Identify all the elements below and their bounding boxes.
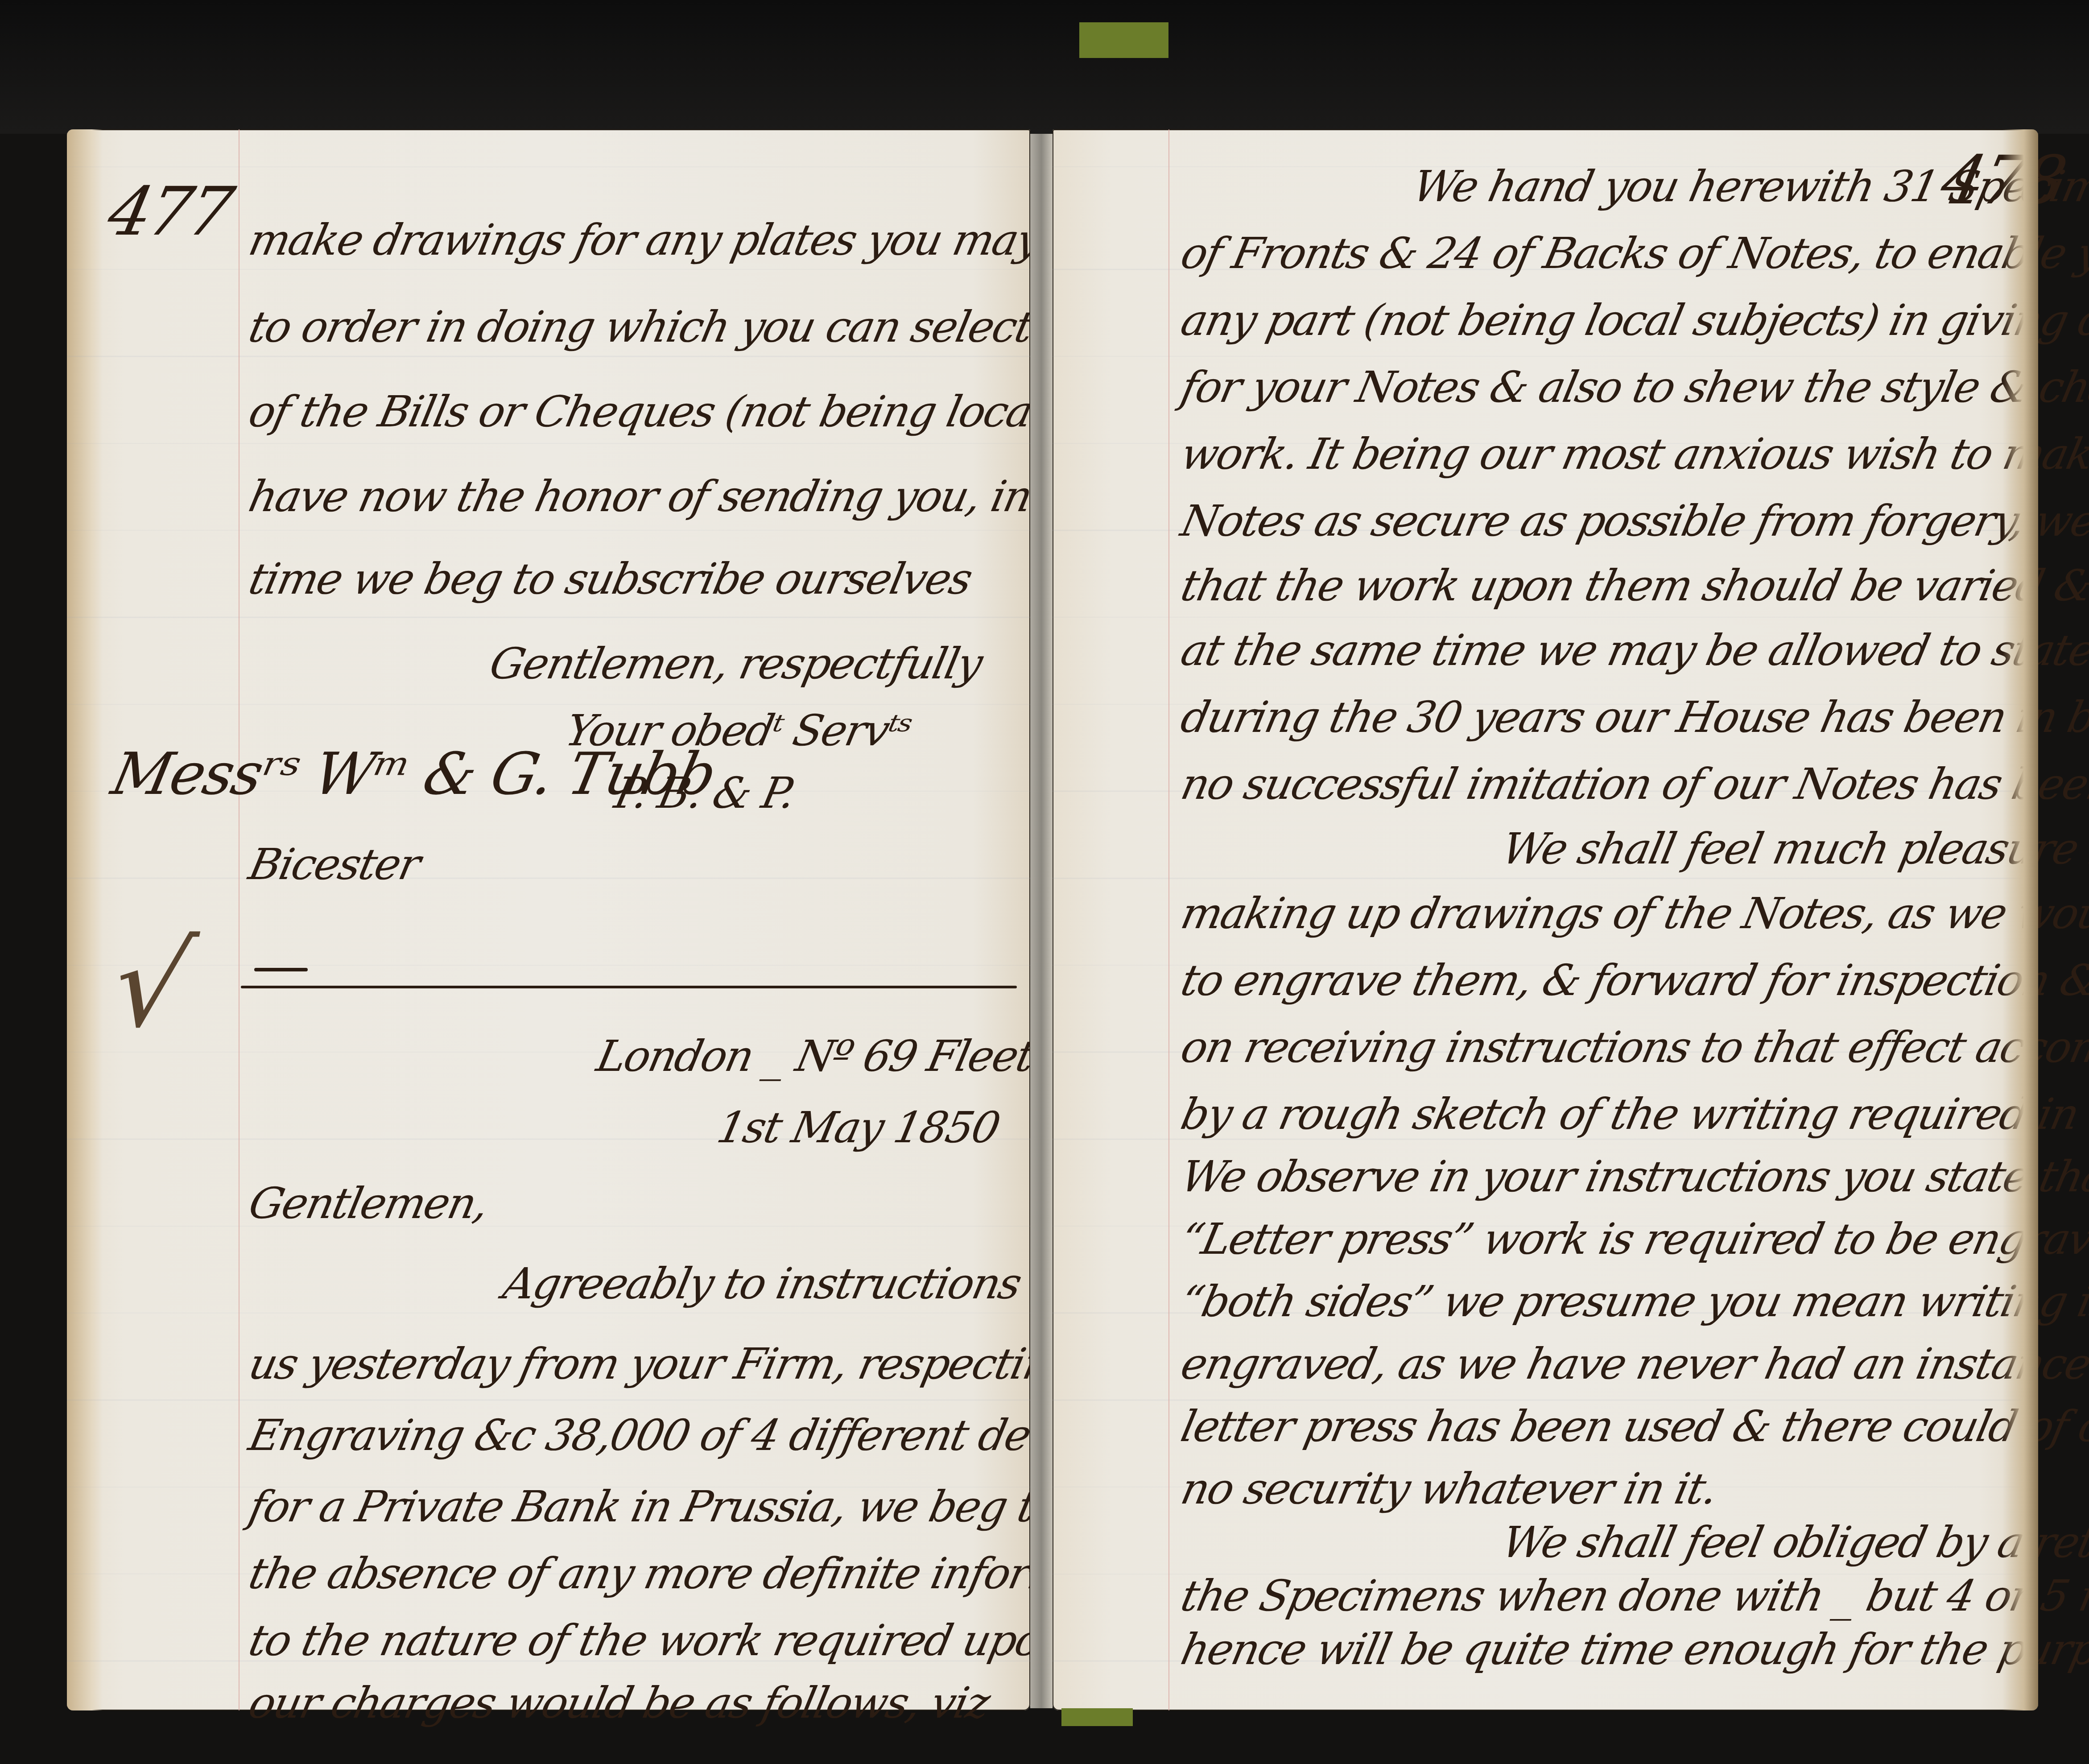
margin-rule: [239, 129, 239, 1710]
text-line: during the 30 years our House has been i…: [1177, 696, 2089, 739]
ribbon-bookmark-top: [1079, 22, 1168, 58]
text-line: of Fronts & 24 of Backs of Notes, to ena…: [1177, 232, 2089, 275]
letter-separator-line: [241, 986, 1017, 988]
text-line: by a rough sketch of the writing require…: [1177, 1093, 2089, 1136]
text-line: that the work upon them should be varied…: [1177, 564, 2089, 607]
text-line: “both sides” we presume you mean writing…: [1177, 1280, 2089, 1323]
salutation: Gentlemen,: [245, 1182, 491, 1225]
text-line: making up drawings of the Notes, as we w…: [1177, 892, 2089, 935]
text-line: We observe in your instructions you stat…: [1177, 1155, 2089, 1198]
text-line: our charges would be as follows, viz: [245, 1681, 993, 1724]
left-page: 477 make drawings for any plates you may…: [67, 129, 1030, 1710]
margin-rule: [1168, 129, 1169, 1710]
text-line: hence will be quite time enough for the …: [1177, 1628, 2089, 1671]
closing: Gentlemen, respectfully: [486, 642, 985, 685]
addressee: Messʳˢ Wᵐ & G. Tubb: [107, 745, 720, 803]
text-line: time we beg to subscribe ourselves: [245, 558, 975, 600]
text-line: for your Notes & also to shew the style …: [1177, 366, 2089, 409]
text-line: We shall feel much pleasure in: [1499, 827, 2089, 870]
text-line: Notes as secure as possible from forgery…: [1177, 500, 2089, 542]
right-page: 478 We hand you herewith 31 Specimens of…: [1053, 129, 2038, 1710]
text-line: We shall feel obliged by a return of: [1499, 1521, 2089, 1564]
text-line: at the same time we may be allowed to st…: [1177, 629, 2089, 672]
text-line: “Letter press” work is required to be en…: [1177, 1218, 2089, 1260]
addressee-place: Bicester: [245, 843, 423, 886]
text-line: engraved, as we have never had an instan…: [1177, 1343, 2089, 1385]
folio-number: 477: [103, 178, 236, 245]
short-dash: [254, 968, 308, 971]
text-line: no successful imitation of our Notes has…: [1177, 763, 2089, 806]
text-line: work. It being our most anxious wish to …: [1177, 433, 2089, 475]
letter-date: 1st May 1850: [714, 1106, 1003, 1149]
text-line: no security whatever in it.: [1177, 1467, 1721, 1510]
text-line: the Specimens when done with _ but 4 or …: [1177, 1574, 2089, 1617]
text-line: letter press has been used & there could…: [1177, 1405, 2089, 1448]
text-line: to engrave them, & forward for inspectio…: [1177, 959, 2089, 1002]
book-gutter: [1030, 134, 1053, 1708]
book-cover-top: [0, 0, 2089, 134]
ribbon-bookmark-bottom: [1061, 1708, 1133, 1726]
ruled-lines: [67, 129, 1030, 1710]
text-line: on receiving instructions to that effect…: [1177, 1026, 2089, 1069]
text-line: any part (not being local subjects) in g…: [1177, 299, 2089, 342]
text-line: We hand you herewith 31 Specimens: [1409, 165, 2089, 208]
